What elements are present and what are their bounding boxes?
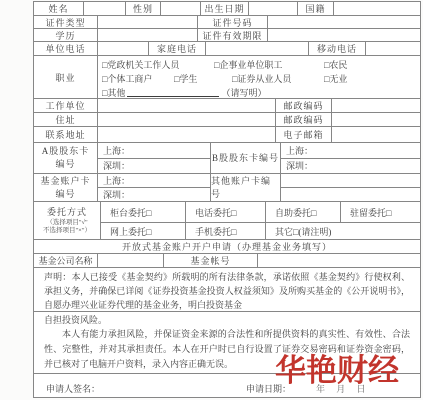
employer-value-cell xyxy=(98,99,276,112)
applicant-signature-label: 申请人签名： xyxy=(46,382,100,395)
work-phone-value-cell xyxy=(98,42,149,55)
address-label: 住址 xyxy=(34,113,98,126)
employer-label: 工作单位 xyxy=(34,99,98,112)
b-share-card-values: 上海： 深圳： xyxy=(281,143,420,173)
occupation-option-self-employed: □个体工商户 xyxy=(102,72,174,85)
block-fund-cards: 基金账户卡 编号 上海： 深圳： 其他账户卡编号 xyxy=(34,174,420,202)
id-number-label: 证件号码 xyxy=(198,16,268,28)
fund-account-value-cell xyxy=(258,254,420,267)
entrust-label: 委托方式 xyxy=(47,206,87,219)
entrust-note-line1: （选择项目"√" xyxy=(46,219,87,227)
occupation-option-unemployed: □无业 xyxy=(324,72,347,85)
birth-date-value-cell xyxy=(249,2,298,15)
occupation-other-note: （请写明） xyxy=(221,86,266,99)
fund-card-shenzhen-cell: 深圳： xyxy=(98,188,210,201)
home-phone-label: 家庭电话 xyxy=(149,42,206,55)
b-share-shanghai-cell: 上海： xyxy=(281,143,420,159)
entrust-other: 其它□(请注明) xyxy=(266,223,420,239)
other-card-values xyxy=(281,174,420,201)
row-id-type: 证件类型 证件号码 xyxy=(34,16,420,29)
name-label: 姓名 xyxy=(34,2,84,15)
declaration-text: 声明：本人已接受《基金契约》所载明的所有法律条款，承诺依照《基金契约》行使权利、… xyxy=(34,268,420,311)
block-share-cards: A股股东卡 编号 上海： 深圳： B股股东卡编号 上海： 深圳： xyxy=(34,143,420,174)
mobile-phone-value-cell xyxy=(366,42,420,55)
row-address: 住址 邮政编码 xyxy=(34,113,420,127)
email-value-cell xyxy=(332,127,420,142)
row-employer: 工作单位 邮政编码 xyxy=(34,99,420,113)
row-education: 学历 证件有效期限 xyxy=(34,29,420,42)
id-validity-label: 证件有效期限 xyxy=(198,29,268,41)
occupation-label: 职业 xyxy=(34,56,98,98)
fund-section-header: 开放式基金账户开户申请（办理基金业务填写） xyxy=(34,240,420,253)
occupation-option-other: □其他 xyxy=(102,86,125,99)
fund-account-label: 基金帐号 xyxy=(164,254,258,267)
postcode2-value-cell xyxy=(332,113,420,126)
a-share-card-label-line1: A股股东卡 xyxy=(42,145,90,158)
occupation-option-enterprise: □企事业单位职工 xyxy=(214,58,324,71)
occupation-option-student: □学生 xyxy=(174,72,232,85)
occupation-other-blank-line xyxy=(127,88,219,97)
birth-date-label: 出生日期 xyxy=(201,2,249,15)
nationality-value-cell xyxy=(334,2,420,15)
row-fund-section-header: 开放式基金账户开户申请（办理基金业务填写） xyxy=(34,240,420,254)
postcode2-label: 邮政编码 xyxy=(276,113,332,126)
entrust-mobile: 手机委托□ xyxy=(186,223,266,239)
occupation-option-farmer: □农民 xyxy=(324,58,347,71)
row-name: 姓名 性别 出生日期 国籍 xyxy=(34,2,420,16)
entrust-options: 柜台委托□ 电话委托□ 自助委托□ 驻留委托□ 网上委托□ 手机委托□ 其它□(… xyxy=(101,202,420,239)
fund-company-value-cell xyxy=(98,254,164,267)
home-phone-value-cell xyxy=(206,42,309,55)
row-contact-address: 联系地址 电子邮箱 xyxy=(34,127,420,143)
nationality-label: 国籍 xyxy=(298,2,334,15)
address-value-cell xyxy=(98,113,276,126)
fund-card-label-line1: 基金账户卡 xyxy=(40,175,90,188)
block-entrust: 委托方式 （选择项目"√" 不选择项目"×"） 柜台委托□ 电话委托□ 自助委托… xyxy=(34,202,420,240)
id-number-value-cell xyxy=(268,16,420,28)
occupation-options: □党政机关工作人员 □企事业单位职工 □农民 □个体工商户 □学生 □证券从业人… xyxy=(98,56,420,98)
fund-company-label: 基金公司名称 xyxy=(34,254,98,267)
fund-card-values: 上海： 深圳： xyxy=(98,174,211,201)
fund-card-label: 基金账户卡 编号 xyxy=(34,174,98,201)
a-share-card-values: 上海： 深圳： xyxy=(98,143,211,173)
name-value-cell xyxy=(84,2,126,15)
postcode1-value-cell xyxy=(332,99,420,112)
gender-label: 性别 xyxy=(126,2,161,15)
email-label: 电子邮箱 xyxy=(276,127,332,142)
id-validity-value-cell xyxy=(268,29,420,41)
row-phones: 单位电话 家庭电话 移动电话 xyxy=(34,42,420,56)
occupation-line-2: □个体工商户 □学生 □证券从业人员 □无业 xyxy=(102,71,416,85)
fund-account-application-form: 姓名 性别 出生日期 国籍 证件类型 证件号码 学历 证件有效期限 单位电话 家… xyxy=(33,1,421,398)
entrust-online: 网上委托□ xyxy=(101,223,186,239)
a-share-shanghai-cell: 上海： xyxy=(98,143,210,159)
occupation-option-securities: □证券从业人员 xyxy=(232,72,324,85)
postcode1-label: 邮政编码 xyxy=(276,99,332,112)
a-share-card-label: A股股东卡 编号 xyxy=(34,143,98,173)
contact-address-label: 联系地址 xyxy=(34,127,98,142)
entrust-row-2: 网上委托□ 手机委托□ 其它□(请注明) xyxy=(101,223,420,239)
entrust-counter: 柜台委托□ xyxy=(101,202,186,222)
occupation-option-gov: □党政机关工作人员 xyxy=(102,58,214,71)
occupation-line-1: □党政机关工作人员 □企事业单位职工 □农民 xyxy=(102,57,416,71)
contact-address-value-cell xyxy=(98,127,276,142)
mobile-phone-label: 移动电话 xyxy=(309,42,366,55)
entrust-row-1: 柜台委托□ 电话委托□ 自助委托□ 驻留委托□ xyxy=(101,202,420,223)
id-type-label: 证件类型 xyxy=(34,16,98,28)
entrust-note-line2: 不选择项目"×"） xyxy=(43,227,91,235)
risk-first-line: 自担投资风险。 xyxy=(44,313,410,327)
b-share-card-label-text: B股股东卡编号 xyxy=(212,152,279,165)
work-phone-label: 单位电话 xyxy=(34,42,98,55)
entrust-telephone: 电话委托□ xyxy=(186,202,266,222)
fund-card-label-line2: 编号 xyxy=(55,188,75,201)
a-share-card-label-line2: 编号 xyxy=(55,158,75,171)
row-fund-company: 基金公司名称 基金帐号 xyxy=(34,254,420,268)
row-declaration: 声明：本人已接受《基金契约》所载明的所有法律条款，承诺依照《基金契约》行使权利、… xyxy=(34,268,420,312)
row-occupation: 职业 □党政机关工作人员 □企事业单位职工 □农民 □个体工商户 □学生 □证券… xyxy=(34,56,420,99)
gender-value-cell xyxy=(161,2,201,15)
a-share-shenzhen-cell: 深圳： xyxy=(98,159,210,174)
watermark-text: 华艳财经 xyxy=(275,354,399,388)
other-card-label: 其他账户卡编号 xyxy=(211,174,281,201)
b-share-card-label: B股股东卡编号 xyxy=(211,143,281,173)
education-value-cell xyxy=(98,29,198,41)
other-card-cell-bottom xyxy=(281,188,420,201)
other-card-label-text: 其他账户卡编号 xyxy=(211,175,280,201)
education-label: 学历 xyxy=(34,29,98,41)
entrust-self-service: 自助委托□ xyxy=(266,202,341,222)
entrust-label-cell: 委托方式 （选择项目"√" 不选择项目"×"） xyxy=(34,202,101,239)
other-card-cell-top xyxy=(281,174,420,188)
b-share-shenzhen-cell: 深圳： xyxy=(281,159,420,174)
occupation-line-3: □其他 （请写明） xyxy=(102,85,416,98)
fund-card-shanghai-cell: 上海： xyxy=(98,174,210,188)
entrust-resident: 驻留委托□ xyxy=(341,202,420,222)
declaration-cell: 声明：本人已接受《基金契约》所载明的所有法律条款，承诺依照《基金契约》行使权利、… xyxy=(34,268,420,311)
id-type-value-cell xyxy=(98,16,198,28)
